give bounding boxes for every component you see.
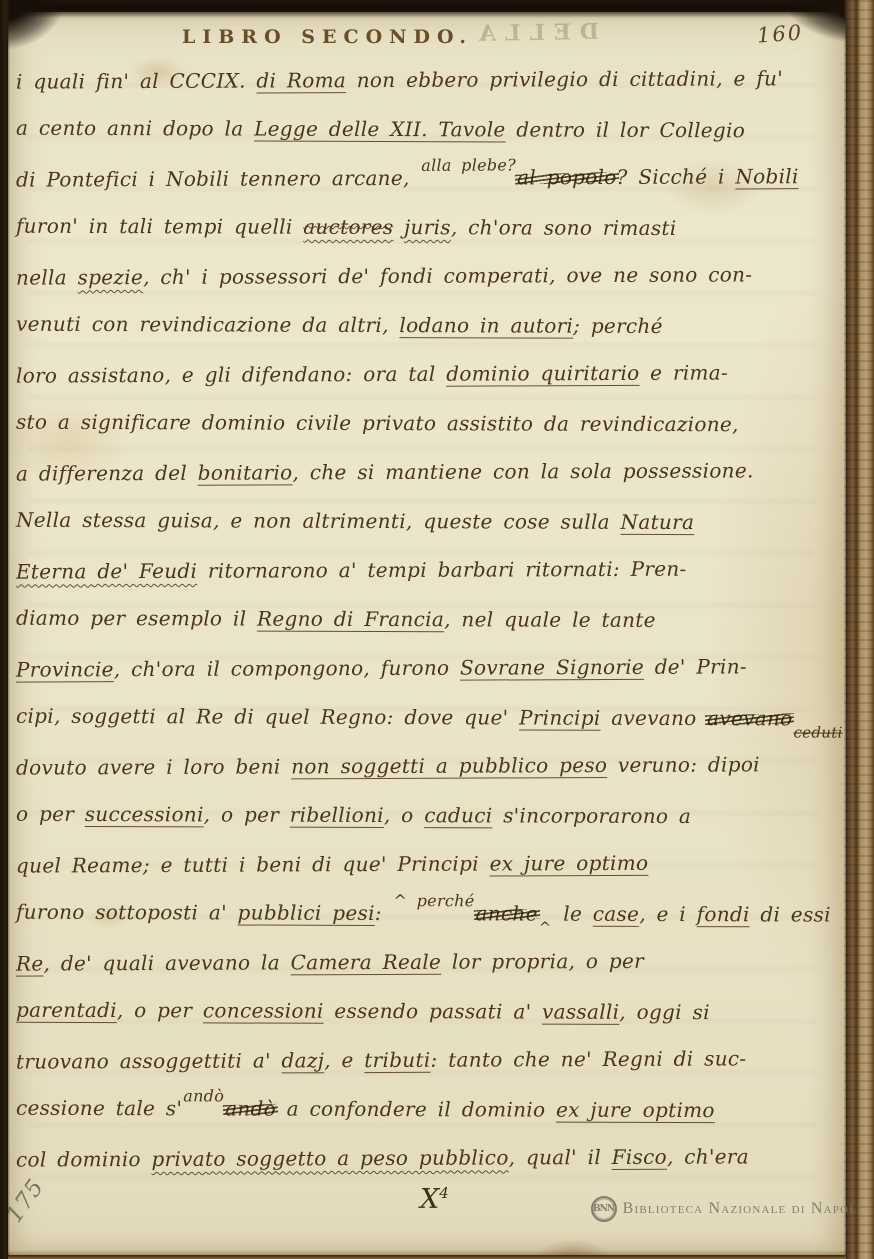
text-segment: e rima- <box>639 360 728 384</box>
manuscript-line: cessione tale s'andòandò a confondere il… <box>16 1084 744 1136</box>
manuscript-line: di Pontefici i Nobili tennero arcane, al… <box>16 152 744 204</box>
text-segment: non ebbero privilegio di cittadini, e fu… <box>346 66 783 92</box>
text-segment: veruno: dipoi <box>607 752 760 777</box>
text-segment: col dominio <box>16 1147 152 1172</box>
text-segment: pubblici pesi <box>238 901 375 925</box>
text-segment: successioni <box>85 802 204 826</box>
text-segment: caduci <box>424 803 492 827</box>
text-segment: avevano <box>601 706 708 730</box>
text-segment: di Pontefici i Nobili tennero arcane, <box>16 166 420 192</box>
page-edges-texture <box>844 0 874 1259</box>
manuscript-line: furon' in tali tempi quelli auctores jur… <box>16 202 744 254</box>
text-segment: Fisco <box>612 1145 667 1169</box>
bnn-logo-icon: BNN <box>591 1196 617 1222</box>
text-segment: , oggi si <box>619 1000 710 1024</box>
manuscript-line: venuti con revindicazione da altri, loda… <box>16 300 744 352</box>
text-segment: bonitario <box>198 460 293 484</box>
manuscript-line: truovano assoggettiti a' dazj, e tributi… <box>16 1034 744 1086</box>
text-segment: ? Sicché i <box>617 164 736 189</box>
text-segment: , o per <box>204 802 290 826</box>
text-segment: a confondere il dominio <box>276 1097 556 1122</box>
manuscript-line: sto a significare dominio civile privato… <box>16 398 744 450</box>
text-segment: privato soggetto a peso pubblico <box>151 1145 508 1171</box>
sublinear-note: ceduti <box>793 723 842 741</box>
text-segment: Nella stessa guisa, e non altrimenti, qu… <box>16 508 621 534</box>
text-segment: spezie <box>78 265 144 289</box>
scribbled-out-word: al popolo <box>517 165 617 189</box>
text-segment: diamo per esemplo il <box>16 606 257 631</box>
manuscript-line: parentadi, o per concessioni essendo pas… <box>16 986 744 1038</box>
text-segment: , ch'era <box>667 1144 749 1168</box>
interlinear-insertion: andò <box>183 1086 224 1105</box>
binding-corner-top-left <box>0 0 90 70</box>
text-segment: ribellioni <box>290 803 384 827</box>
text-segment: furon' in tali tempi quelli <box>16 214 303 239</box>
text-segment: cessione tale s' <box>16 1096 182 1121</box>
bleedthrough-mirrored-text: DELLA <box>470 19 599 47</box>
manuscript-line: nella spezie, ch' i possessori de' fondi… <box>16 250 744 302</box>
manuscript-line: Eterna de' Feudi ritornarono a' tempi ba… <box>16 544 744 596</box>
text-segment: case <box>593 902 640 926</box>
text-segment: ex jure optimo <box>556 1098 715 1123</box>
catchword-base: X <box>420 1184 439 1215</box>
text-segment: loro assistano, e gli difendano: ora tal <box>16 362 446 388</box>
text-segment: ex jure optimo <box>489 851 648 876</box>
text-segment: fondi <box>697 902 750 926</box>
text-segment: Principi <box>519 705 601 729</box>
manuscript-line: Nella stessa guisa, e non altrimenti, qu… <box>16 496 744 548</box>
text-segment: cipi, soggetti al Re di quel Regno: dove… <box>16 704 519 730</box>
manuscript-line: i quali fin' al CCCIX. di Roma non ebber… <box>16 54 744 106</box>
text-segment: concessioni <box>203 998 324 1022</box>
text-segment: de' Prin- <box>644 654 747 678</box>
sublinear-note: ^ <box>539 919 552 937</box>
text-segment: Camera Reale <box>291 950 442 975</box>
manuscript-line: col dominio privato soggetto a peso pubb… <box>16 1132 744 1184</box>
text-segment: tributi <box>364 1048 430 1072</box>
text-segment: , e <box>324 1048 364 1072</box>
book-edge-left <box>0 0 10 1259</box>
text-segment: auctores <box>303 215 393 239</box>
text-segment: lor propria, o per <box>441 949 644 974</box>
text-segment: essendo passati a' <box>324 999 542 1024</box>
manuscript-line: a cento anni dopo la Legge delle XII. Ta… <box>16 104 744 156</box>
scribbled-out-word: andò <box>225 1096 276 1120</box>
interlinear-insertion: alla plebe? <box>421 155 516 174</box>
text-segment: di essi <box>750 902 831 926</box>
manuscript-text-block: i quali fin' al CCCIX. di Roma non ebber… <box>16 56 744 1183</box>
manuscript-line: a differenza del bonitario, che si manti… <box>16 446 744 498</box>
text-segment: ritornarono a' tempi barbari ritornati: … <box>197 557 686 583</box>
text-segment: Sovrane Signorie <box>460 655 644 680</box>
watermark-text: Biblioteca Nazionale di Napoli <box>623 1200 862 1218</box>
text-segment: , de' quali avevano la <box>43 950 290 975</box>
text-segment: , o per <box>117 998 203 1022</box>
text-segment: venuti con revindicazione da altri, <box>16 312 400 337</box>
manuscript-line: o per successioni, o per ribellioni, o c… <box>16 790 744 842</box>
text-segment: furono sottoposti a' <box>16 900 238 925</box>
text-segment: vassalli <box>542 1000 619 1024</box>
text-segment: non soggetti a pubblico peso <box>291 753 607 778</box>
text-segment: Legge delle XII. Tavole <box>254 117 506 142</box>
text-segment: sto a significare dominio civile privato… <box>16 410 739 437</box>
text-segment: dazj <box>281 1048 324 1072</box>
text-segment: nella <box>16 265 78 289</box>
text-segment: , nel quale le tante <box>444 607 656 632</box>
manuscript-line: diamo per esemplo il Regno di Francia, n… <box>16 594 744 646</box>
text-segment: : tanto che ne' Regni di suc- <box>430 1046 746 1071</box>
text-segment: o per <box>16 802 85 826</box>
text-segment: juris <box>404 215 451 239</box>
text-segment: , e i <box>639 902 697 926</box>
text-segment: Provincie <box>16 657 114 681</box>
manuscript-line: furono sottoposti a' pubblici pesi: ^ pe… <box>16 888 744 940</box>
text-segment <box>393 215 404 239</box>
interlinear-insertion: ^ perché <box>394 891 475 910</box>
manuscript-line: quel Reame; e tutti i beni di que' Princ… <box>16 838 744 890</box>
text-segment: Eterna de' Feudi <box>16 559 197 584</box>
text-segment: Natura <box>621 510 695 534</box>
text-segment: ; perché <box>573 314 663 338</box>
catchword-superscript: 4 <box>439 1184 449 1202</box>
text-segment: Regno di Francia <box>257 607 444 632</box>
scribbled-out-word: avevano <box>707 706 792 730</box>
text-segment: , o <box>384 803 424 827</box>
manuscript-line: Provincie, ch'ora il compongono, furono … <box>16 642 744 694</box>
text-segment: i quali fin' al CCCIX. <box>16 69 256 94</box>
text-segment: le <box>553 902 593 926</box>
manuscript-line: cipi, soggetti al Re di quel Regno: dove… <box>16 692 744 744</box>
text-segment: di Roma <box>256 68 346 92</box>
text-segment: , che si mantiene con la sola possession… <box>292 458 753 484</box>
catchword: X4 <box>420 1184 449 1215</box>
page-edge-bottom <box>8 1250 846 1259</box>
text-segment: dominio quiritario <box>446 361 639 386</box>
text-segment: quel Reame; e tutti i beni di que' Princ… <box>16 852 490 878</box>
text-segment: a differenza del <box>16 461 198 486</box>
text-segment: dovuto avere i loro beni <box>16 754 291 779</box>
text-segment: lodano in autori <box>399 313 573 338</box>
text-segment: dentro il lor Collegio <box>506 117 746 142</box>
page-title: LIBRO SECONDO. <box>182 26 473 48</box>
text-segment: a cento anni dopo la <box>16 116 254 141</box>
text-segment: , ch'ora sono rimasti <box>451 215 677 240</box>
manuscript-line: Re, de' quali avevano la Camera Reale lo… <box>16 936 744 988</box>
text-segment: Nobili <box>735 164 798 188</box>
text-segment: Re <box>16 951 44 975</box>
manuscript-scan: DELLA LIBRO SECONDO. 160 i quali fin' al… <box>0 0 874 1259</box>
text-segment: , ch' i possessori de' fondi comperati, … <box>143 262 752 289</box>
library-watermark: BNN Biblioteca Nazionale di Napoli <box>591 1196 862 1222</box>
text-segment: , qual' il <box>509 1145 612 1169</box>
text-segment: s'incorporarono a <box>492 803 691 828</box>
scribbled-out-word: anche <box>475 901 537 925</box>
manuscript-line: dovuto avere i loro beni non soggetti a … <box>16 740 744 792</box>
text-segment: : <box>375 901 393 925</box>
book-binding-top <box>0 0 874 18</box>
manuscript-line: loro assistano, e gli difendano: ora tal… <box>16 348 744 400</box>
text-segment: truovano assoggettiti a' <box>16 1048 282 1073</box>
text-segment: parentadi <box>16 998 117 1022</box>
text-segment: , ch'ora il compongono, furono <box>114 656 460 682</box>
